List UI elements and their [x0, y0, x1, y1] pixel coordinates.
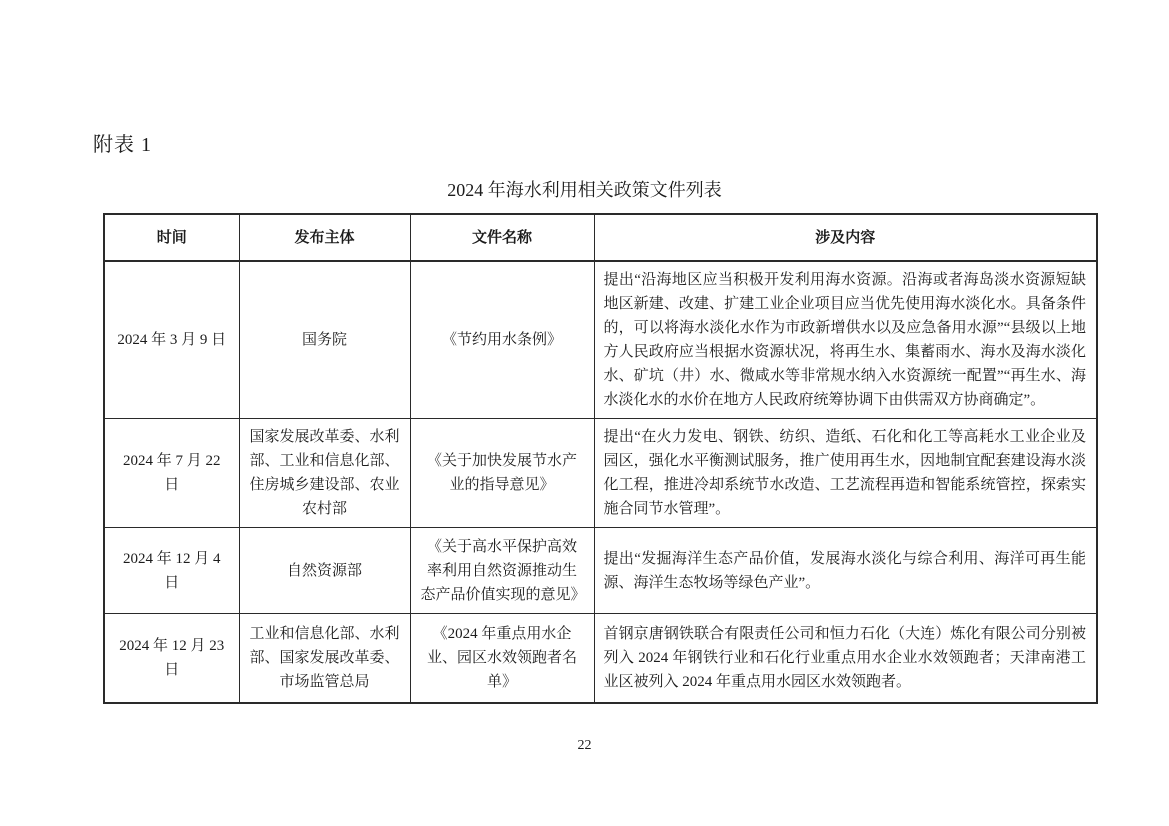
cell-publisher: 工业和信息化部、水利部、国家发展改革委、市场监管总局	[239, 614, 410, 703]
page-number: 22	[0, 738, 1169, 754]
table-row: 2024 年 12 月 4 日 自然资源部 《关于高水平保护高效率利用自然资源推…	[104, 528, 1097, 614]
header-document: 文件名称	[410, 214, 594, 261]
header-time: 时间	[104, 214, 239, 261]
table-row: 2024 年 12 月 23 日 工业和信息化部、水利部、国家发展改革委、市场监…	[104, 614, 1097, 703]
cell-time: 2024 年 3 月 9 日	[104, 261, 239, 419]
cell-publisher: 国家发展改革委、水利部、工业和信息化部、住房城乡建设部、农业农村部	[239, 419, 410, 528]
cell-document: 《2024 年重点用水企业、园区水效领跑者名单》	[410, 614, 594, 703]
cell-publisher: 自然资源部	[239, 528, 410, 614]
table-row: 2024 年 7 月 22 日 国家发展改革委、水利部、工业和信息化部、住房城乡…	[104, 419, 1097, 528]
cell-document: 《关于加快发展节水产业的指导意见》	[410, 419, 594, 528]
cell-time: 2024 年 7 月 22 日	[104, 419, 239, 528]
header-content: 涉及内容	[594, 214, 1097, 261]
cell-publisher: 国务院	[239, 261, 410, 419]
cell-document: 《关于高水平保护高效率利用自然资源推动生态产品价值实现的意见》	[410, 528, 594, 614]
table-title: 2024 年海水利用相关政策文件列表	[0, 176, 1169, 202]
cell-time: 2024 年 12 月 23 日	[104, 614, 239, 703]
table-row: 2024 年 3 月 9 日 国务院 《节约用水条例》 提出“沿海地区应当积极开…	[104, 261, 1097, 419]
cell-document: 《节约用水条例》	[410, 261, 594, 419]
header-publisher: 发布主体	[239, 214, 410, 261]
table-header-row: 时间 发布主体 文件名称 涉及内容	[104, 214, 1097, 261]
cell-content: 提出“发掘海洋生态产品价值，发展海水淡化与综合利用、海洋可再生能源、海洋生态牧场…	[594, 528, 1097, 614]
cell-content: 首钢京唐钢铁联合有限责任公司和恒力石化（大连）炼化有限公司分别被列入 2024 …	[594, 614, 1097, 703]
policy-table: 时间 发布主体 文件名称 涉及内容 2024 年 3 月 9 日 国务院 《节约…	[103, 213, 1098, 704]
cell-content: 提出“在火力发电、钢铁、纺织、造纸、石化和化工等高耗水工业企业及园区，强化水平衡…	[594, 419, 1097, 528]
cell-content: 提出“沿海地区应当积极开发利用海水资源。沿海或者海岛淡水资源短缺地区新建、改建、…	[594, 261, 1097, 419]
appendix-label: 附表 1	[93, 128, 152, 157]
cell-time: 2024 年 12 月 4 日	[104, 528, 239, 614]
document-page: 附表 1 2024 年海水利用相关政策文件列表 时间 发布主体 文件名称 涉及内…	[0, 0, 1169, 826]
